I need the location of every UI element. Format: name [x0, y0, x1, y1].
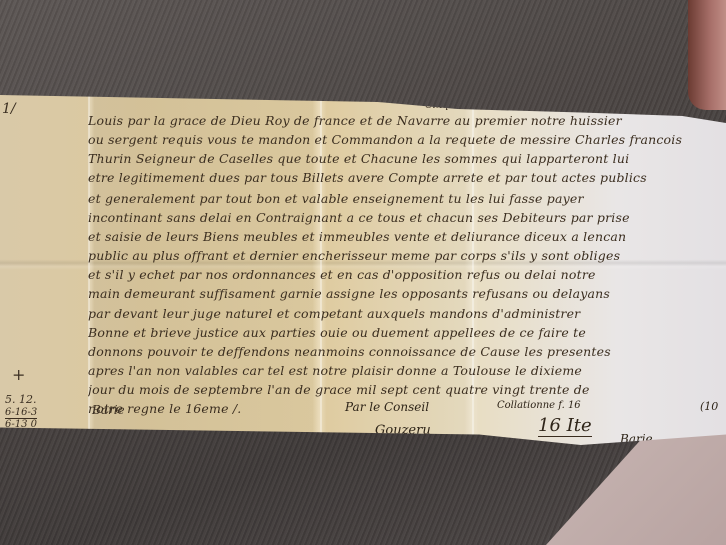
document-line: incontinant sans delai en Contraignant a…: [88, 210, 716, 225]
document-line: etre legitimement dues par tous Billets …: [88, 170, 716, 185]
council-note: Par le Conseil: [345, 400, 429, 414]
margin-amount: 5. 12.: [5, 393, 37, 406]
corner-mark: 1/: [2, 101, 16, 117]
margin-name: Barie: [92, 403, 125, 417]
document-line: main demeurant suffisament garnie assign…: [88, 286, 716, 301]
margin-amount: 6-16-3: [5, 407, 37, 419]
document-line: donnons pouvoir te deffendons neanmoins …: [88, 344, 716, 359]
document-line: et s'il y echet par nos ordonnances et e…: [88, 267, 716, 282]
document-line: Louis par la grace de Dieu Roy de france…: [88, 113, 716, 128]
holding-hand: [688, 0, 726, 110]
document-line: apres l'an non valables car tel est notr…: [88, 363, 716, 378]
document-line: Bonne et brieve justice aux parties ouie…: [88, 325, 716, 340]
document-line: jour du mois de septembre l'an de grace …: [88, 382, 716, 397]
page-reference: (10: [700, 400, 718, 413]
handwritten-document: 1/ Cinquante mille f. 2 Louis par la gra…: [0, 95, 726, 445]
document-line: Thurin Seigneur de Caselles que toute et…: [88, 151, 716, 166]
document-line: ou sergent requis vous te mandon et Comm…: [88, 132, 716, 147]
signature-mark: 16 Ite: [538, 415, 592, 437]
document-line: et generalement par tout bon et valable …: [88, 191, 716, 206]
margin-cross: +: [12, 365, 25, 384]
document-line: et saisie de leurs Biens meubles et imme…: [88, 229, 716, 244]
collation-note: Collationne f. 16: [497, 400, 581, 411]
document-line: public au plus offrant et dernier encher…: [88, 248, 716, 263]
document-line: par devant leur juge naturel et competan…: [88, 306, 716, 321]
